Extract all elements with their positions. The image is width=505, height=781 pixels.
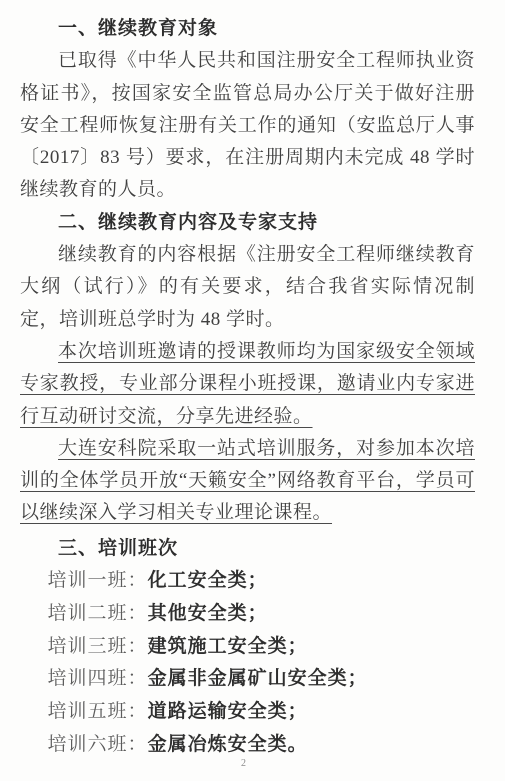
training-class-category: 道路运输安全类； [148, 701, 308, 722]
training-class-label: 培训二班： [48, 603, 148, 624]
training-class-row-4: 培训四班：金属非金属矿山安全类； [20, 663, 475, 696]
training-class-category: 建筑施工安全类； [148, 636, 308, 657]
section-heading-content-support: 二、继续教育内容及专家支持 [20, 207, 475, 239]
paragraph-platform-underlined: 大连安科院采取一站式培训服务，对参加本次培训的全体学员开放“天籁安全”网络教育平… [20, 433, 475, 530]
document-content: 一、继续教育对象 已取得《中华人民共和国注册安全工程师执业资格证书》，按国家安全… [0, 0, 505, 762]
training-class-row-5: 培训五班：道路运输安全类； [20, 696, 475, 729]
section-heading-training-classes: 三、培训班次 [20, 533, 475, 565]
paragraph-education-target: 已取得《中华人民共和国注册安全工程师执业资格证书》，按国家安全监管总局办公厅关于… [20, 45, 475, 206]
training-class-row-6: 培训六班：金属冶炼安全类。 [20, 729, 475, 762]
training-class-row-1: 培训一班：化工安全类； [20, 565, 475, 598]
paragraph-teachers-underlined: 本次培训班邀请的授课教师均为国家级安全领域专家教授，专业部分课程小班授课，邀请业… [20, 336, 475, 433]
training-class-category: 金属非金属矿山安全类； [148, 668, 368, 689]
training-class-category: 其他安全类； [148, 603, 268, 624]
training-class-row-3: 培训三班：建筑施工安全类； [20, 631, 475, 664]
page-number: 2 [0, 758, 487, 769]
training-class-category: 金属冶炼安全类。 [148, 734, 308, 755]
section-heading-education-target: 一、继续教育对象 [20, 13, 475, 45]
training-class-row-2: 培训二班：其他安全类； [20, 598, 475, 631]
paragraph-education-content: 继续教育的内容根据《注册安全工程师继续教育大纲（试行）》的有关要求，结合我省实际… [20, 239, 475, 336]
training-class-label: 培训四班： [48, 668, 148, 689]
training-class-label: 培训三班： [48, 636, 148, 657]
training-class-label: 培训五班： [48, 701, 148, 722]
training-class-label: 培训一班： [48, 570, 148, 591]
scanned-document-page: 一、继续教育对象 已取得《中华人民共和国注册安全工程师执业资格证书》，按国家安全… [0, 0, 505, 781]
training-class-category: 化工安全类； [148, 570, 268, 591]
training-class-label: 培训六班： [48, 734, 148, 755]
